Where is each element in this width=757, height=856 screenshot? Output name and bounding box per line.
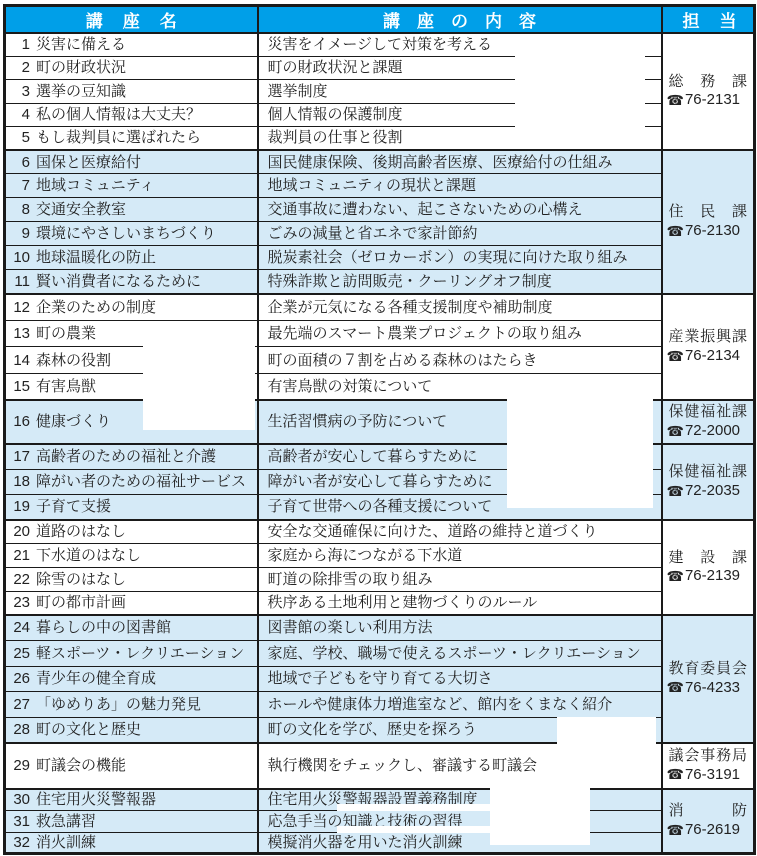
staff-cell: 建設課☎76-2139 <box>662 520 755 615</box>
course-row: 8交通安全教室交通事故に遭わない、起こさないための心構え <box>5 198 755 222</box>
course-row: 32消火訓練模擬消火器を用いた消火訓練 <box>5 832 755 854</box>
course-name-cell: 5もし裁判員に選ばれたら <box>5 127 258 150</box>
course-number: 12 <box>6 299 30 316</box>
department-name: 議会事務局 <box>663 747 754 766</box>
course-number: 6 <box>6 154 30 171</box>
course-number: 29 <box>6 757 30 774</box>
staff-cell: 保健福祉課☎72-2035 <box>662 444 755 520</box>
course-description: 最先端のスマート農業プロジェクトの取り組み <box>259 325 661 342</box>
course-row: 13町の農業最先端のスマート農業プロジェクトの取り組み <box>5 320 755 347</box>
course-name: 私の個人情報は大丈夫？ <box>36 106 201 123</box>
course-name: 町の農業 <box>36 325 96 342</box>
course-description-cell: 特殊詐欺と訪問販売・クーリングオフ制度 <box>258 270 662 294</box>
col-header-course-name: 講座名 <box>5 6 258 34</box>
phone-number: 76-2134 <box>685 347 740 366</box>
course-name: 賢い消費者になるために <box>36 273 201 290</box>
course-number: 15 <box>6 378 30 395</box>
course-number: 25 <box>6 645 30 662</box>
staff-cell: 総務課☎76-2131 <box>662 33 755 150</box>
course-row: 24暮らしの中の図書館図書館の楽しい利用方法教育委員会☎76-4233 <box>5 615 755 641</box>
course-name: 暮らしの中の図書館 <box>36 619 171 636</box>
course-number: 14 <box>6 352 30 369</box>
course-name-cell: 24暮らしの中の図書館 <box>5 615 258 641</box>
whiteout-patch <box>515 50 645 135</box>
course-name-cell: 17高齢者のための福祉と介護 <box>5 444 258 469</box>
course-name: 企業のための制度 <box>36 299 156 316</box>
course-name-cell: 10地球温暖化の防止 <box>5 246 258 270</box>
phone-icon: ☎ <box>667 223 684 241</box>
course-number: 26 <box>6 670 30 687</box>
header-row: 講座名 講座の内容 担当 <box>5 6 755 34</box>
course-number: 17 <box>6 448 30 465</box>
course-description: 企業が元気になる各種支援制度や補助制度 <box>259 299 661 316</box>
course-number: 31 <box>6 813 30 830</box>
whiteout-patch <box>490 784 590 845</box>
course-name-cell: 20道路のはなし <box>5 520 258 544</box>
col-header-course-content: 講座の内容 <box>258 6 662 34</box>
course-name-cell: 4私の個人情報は大丈夫？ <box>5 103 258 126</box>
course-description: 有害鳥獣の対策について <box>259 378 661 395</box>
course-name-cell: 6国保と医療給付 <box>5 150 258 174</box>
course-description: 交通事故に遭わない、起こさないための心構え <box>259 201 661 218</box>
course-description-cell: 脱炭素社会（ゼロカーボン）の実現に向けた取り組み <box>258 246 662 270</box>
course-name-cell: 25軽スポーツ・レクリエーション <box>5 640 258 666</box>
course-name: 道路のはなし <box>36 523 126 540</box>
phone-icon: ☎ <box>667 483 684 501</box>
course-description-cell: 国民健康保険、後期高齢者医療、医療給付の仕組み <box>258 150 662 174</box>
course-description: 模擬消火器を用いた消火訓練 <box>259 834 661 851</box>
phone-number: 76-2130 <box>685 222 740 241</box>
course-number: 28 <box>6 721 30 738</box>
course-number: 19 <box>6 498 30 515</box>
staff-cell: 保健福祉課☎72-2000 <box>662 400 755 444</box>
course-description: 秩序ある土地利用と建物づくりのルール <box>259 594 661 611</box>
course-description-cell: 企業が元気になる各種支援制度や補助制度 <box>258 294 662 321</box>
department-name: 総務課 <box>663 73 754 92</box>
course-name: 国保と医療給付 <box>36 154 141 171</box>
course-number: 10 <box>6 249 30 266</box>
course-name-cell: 9環境にやさしいまちづくり <box>5 222 258 246</box>
course-name: 消火訓練 <box>36 834 96 851</box>
course-name: 地球温暖化の防止 <box>36 249 156 266</box>
course-name: 環境にやさしいまちづくり <box>36 225 216 242</box>
course-name-cell: 30住宅用火災警報器 <box>5 789 258 811</box>
course-name-cell: 21下水道のはなし <box>5 544 258 568</box>
course-name: 選挙の豆知識 <box>36 83 126 100</box>
course-number: 24 <box>6 619 30 636</box>
whiteout-patch <box>337 826 490 833</box>
phone-number: 76-3191 <box>685 766 740 785</box>
staff-cell: 教育委員会☎76-4233 <box>662 615 755 743</box>
department-name: 消防 <box>663 802 754 821</box>
col-header-staff: 担当 <box>662 6 755 34</box>
course-number: 3 <box>6 83 30 100</box>
course-name-cell: 19子育て支援 <box>5 495 258 520</box>
phone-number: 72-2000 <box>685 422 740 441</box>
course-description-cell: 安全な交通確保に向けた、道路の維持と道づくり <box>258 520 662 544</box>
course-name-cell: 1災害に備える <box>5 33 258 56</box>
whiteout-patch <box>143 326 255 430</box>
course-row: 11賢い消費者になるために特殊詐欺と訪問販売・クーリングオフ制度 <box>5 270 755 294</box>
course-number: 4 <box>6 106 30 123</box>
department-name: 保健福祉課 <box>663 403 754 422</box>
course-name: 交通安全教室 <box>36 201 126 218</box>
course-row: 23町の都市計画秩序ある土地利用と建物づくりのルール <box>5 591 755 615</box>
course-number: 18 <box>6 473 30 490</box>
course-description-cell: ごみの減量と省エネで家計節約 <box>258 222 662 246</box>
course-description-cell: 家庭、学校、職場で使えるスポーツ・レクリエーション <box>258 640 662 666</box>
department-name: 住民課 <box>663 203 754 222</box>
course-description: 国民健康保険、後期高齢者医療、医療給付の仕組み <box>259 154 661 171</box>
phone-icon: ☎ <box>667 822 684 840</box>
course-row: 10地球温暖化の防止脱炭素社会（ゼロカーボン）の実現に向けた取り組み <box>5 246 755 270</box>
course-description-cell: 町道の除排雪の取り組み <box>258 567 662 591</box>
course-row: 7地域コミュニティ地域コミュニティの現状と課題 <box>5 174 755 198</box>
course-name: 除雪のはなし <box>36 571 126 588</box>
course-name-cell: 27「ゆめりあ」の魅力発見 <box>5 692 258 718</box>
whiteout-patch <box>337 804 490 811</box>
course-name-cell: 7地域コミュニティ <box>5 174 258 198</box>
course-number: 11 <box>6 273 30 290</box>
course-name: 住宅用火災警報器 <box>36 791 156 808</box>
course-number: 32 <box>6 834 30 851</box>
course-name: 地域コミュニティ <box>36 177 155 194</box>
phone-icon: ☎ <box>667 679 684 697</box>
course-description-cell: 交通事故に遭わない、起こさないための心構え <box>258 198 662 222</box>
course-name-cell: 29町議会の機能 <box>5 743 258 789</box>
staff-cell: 議会事務局☎76-3191 <box>662 743 755 789</box>
course-description: 家庭、学校、職場で使えるスポーツ・レクリエーション <box>259 645 661 662</box>
course-name-cell: 32消火訓練 <box>5 832 258 854</box>
course-name: 健康づくり <box>36 413 111 430</box>
department-name: 建設課 <box>663 549 754 568</box>
phone-number: 76-2131 <box>685 91 740 110</box>
course-number: 16 <box>6 413 30 430</box>
course-name-cell: 11賢い消費者になるために <box>5 270 258 294</box>
course-number: 8 <box>6 201 30 218</box>
phone-icon: ☎ <box>667 92 684 110</box>
course-name: 町の都市計画 <box>36 594 126 611</box>
course-name: 高齢者のための福祉と介護 <box>36 448 216 465</box>
course-description-cell: 家庭から海につながる下水道 <box>258 544 662 568</box>
course-number: 1 <box>6 36 30 53</box>
course-number: 21 <box>6 547 30 564</box>
course-row: 14森林の役割町の面積の７割を占める森林のはたらき <box>5 347 755 374</box>
course-description-cell: 最先端のスマート農業プロジェクトの取り組み <box>258 320 662 347</box>
whiteout-patch <box>507 396 653 508</box>
phone-icon: ☎ <box>667 568 684 586</box>
course-description: 地域で子どもを守り育てる大切さ <box>259 670 661 687</box>
course-name-cell: 12企業のための制度 <box>5 294 258 321</box>
course-description-cell: 地域で子どもを守り育てる大切さ <box>258 666 662 692</box>
phone-number: 76-2619 <box>685 821 740 840</box>
course-number: 30 <box>6 791 30 808</box>
phone-icon: ☎ <box>667 423 684 441</box>
staff-cell: 住民課☎76-2130 <box>662 150 755 294</box>
phone-icon: ☎ <box>667 766 684 784</box>
course-number: 5 <box>6 129 30 146</box>
course-name-cell: 2町の財政状況 <box>5 56 258 79</box>
course-description: 図書館の楽しい利用方法 <box>259 619 661 636</box>
course-row: 22除雪のはなし町道の除排雪の取り組み <box>5 567 755 591</box>
course-description: ごみの減量と省エネで家計節約 <box>259 225 661 242</box>
course-number: 22 <box>6 571 30 588</box>
course-name: 青少年の健全育成 <box>36 670 156 687</box>
course-description: 特殊詐欺と訪問販売・クーリングオフ制度 <box>259 273 661 290</box>
course-description: 安全な交通確保に向けた、道路の維持と道づくり <box>259 523 661 540</box>
course-number: 23 <box>6 594 30 611</box>
course-description: 脱炭素社会（ゼロカーボン）の実現に向けた取り組み <box>259 249 661 266</box>
course-description: ホールや健康体力増進室など、館内をくまなく紹介 <box>259 696 661 713</box>
course-number: 7 <box>6 177 30 194</box>
course-number: 2 <box>6 59 30 76</box>
phone-number: 72-2035 <box>685 482 740 501</box>
department-name: 産業振興課 <box>663 328 754 347</box>
course-description: 町の面積の７割を占める森林のはたらき <box>259 352 661 369</box>
course-description-cell: 図書館の楽しい利用方法 <box>258 615 662 641</box>
staff-cell: 産業振興課☎76-2134 <box>662 294 755 400</box>
course-description-cell: ホールや健康体力増進室など、館内をくまなく紹介 <box>258 692 662 718</box>
course-row: 12企業のための制度企業が元気になる各種支援制度や補助制度産業振興課☎76-21… <box>5 294 755 321</box>
course-number: 20 <box>6 523 30 540</box>
phone-number: 76-4233 <box>685 679 740 698</box>
course-name: 森林の役割 <box>36 352 111 369</box>
phone-number: 76-2139 <box>685 567 740 586</box>
staff-cell: 消防☎76-2619 <box>662 789 755 854</box>
course-name: もし裁判員に選ばれたら <box>36 129 201 146</box>
course-number: 27 <box>6 696 30 713</box>
course-row: 9環境にやさしいまちづくりごみの減量と省エネで家計節約 <box>5 222 755 246</box>
course-row: 6国保と医療給付国民健康保険、後期高齢者医療、医療給付の仕組み住民課☎76-21… <box>5 150 755 174</box>
course-name: 災害に備える <box>36 36 126 53</box>
department-name: 保健福祉課 <box>663 463 754 482</box>
course-description: 地域コミュニティの現状と課題 <box>259 177 661 194</box>
course-row: 27「ゆめりあ」の魅力発見ホールや健康体力増進室など、館内をくまなく紹介 <box>5 692 755 718</box>
course-row: 25軽スポーツ・レクリエーション家庭、学校、職場で使えるスポーツ・レクリエーショ… <box>5 640 755 666</box>
course-description-cell: 秩序ある土地利用と建物づくりのルール <box>258 591 662 615</box>
course-name: 下水道のはなし <box>36 547 141 564</box>
course-name: 町の財政状況 <box>36 59 126 76</box>
department-name: 教育委員会 <box>663 660 754 679</box>
course-row: 20道路のはなし安全な交通確保に向けた、道路の維持と道づくり建設課☎76-213… <box>5 520 755 544</box>
course-name-cell: 26青少年の健全育成 <box>5 666 258 692</box>
course-row: 26青少年の健全育成地域で子どもを守り育てる大切さ <box>5 666 755 692</box>
course-description: 家庭から海につながる下水道 <box>259 547 661 564</box>
course-name-cell: 31救急講習 <box>5 811 258 833</box>
course-name: 町の文化と歴史 <box>36 721 141 738</box>
course-name: 軽スポーツ・レクリエーション <box>36 645 244 662</box>
course-number: 13 <box>6 325 30 342</box>
course-name: 「ゆめりあ」の魅力発見 <box>36 696 201 713</box>
course-list-document: 講座名 講座の内容 担当 1災害に備える災害をイメージして対策を考える総務課☎7… <box>0 0 757 856</box>
course-name-cell: 3選挙の豆知識 <box>5 80 258 103</box>
course-name: 町議会の機能 <box>36 757 126 774</box>
course-name-cell: 18障がい者のための福祉サービス <box>5 469 258 494</box>
whiteout-patch <box>557 717 656 787</box>
course-number: 9 <box>6 225 30 242</box>
course-name-cell: 23町の都市計画 <box>5 591 258 615</box>
course-description: 町道の除排雪の取り組み <box>259 571 661 588</box>
course-description-cell: 町の面積の７割を占める森林のはたらき <box>258 347 662 374</box>
course-name: 救急講習 <box>36 813 96 830</box>
course-name-cell: 8交通安全教室 <box>5 198 258 222</box>
course-name: 有害鳥獣 <box>36 378 96 395</box>
phone-icon: ☎ <box>667 348 684 366</box>
course-name: 子育て支援 <box>36 498 111 515</box>
course-description-cell: 模擬消火器を用いた消火訓練 <box>258 832 662 854</box>
course-name-cell: 28町の文化と歴史 <box>5 717 258 743</box>
course-name: 障がい者のための福祉サービス <box>36 473 246 490</box>
course-name-cell: 22除雪のはなし <box>5 567 258 591</box>
course-row: 21下水道のはなし家庭から海につながる下水道 <box>5 544 755 568</box>
course-description-cell: 地域コミュニティの現状と課題 <box>258 174 662 198</box>
